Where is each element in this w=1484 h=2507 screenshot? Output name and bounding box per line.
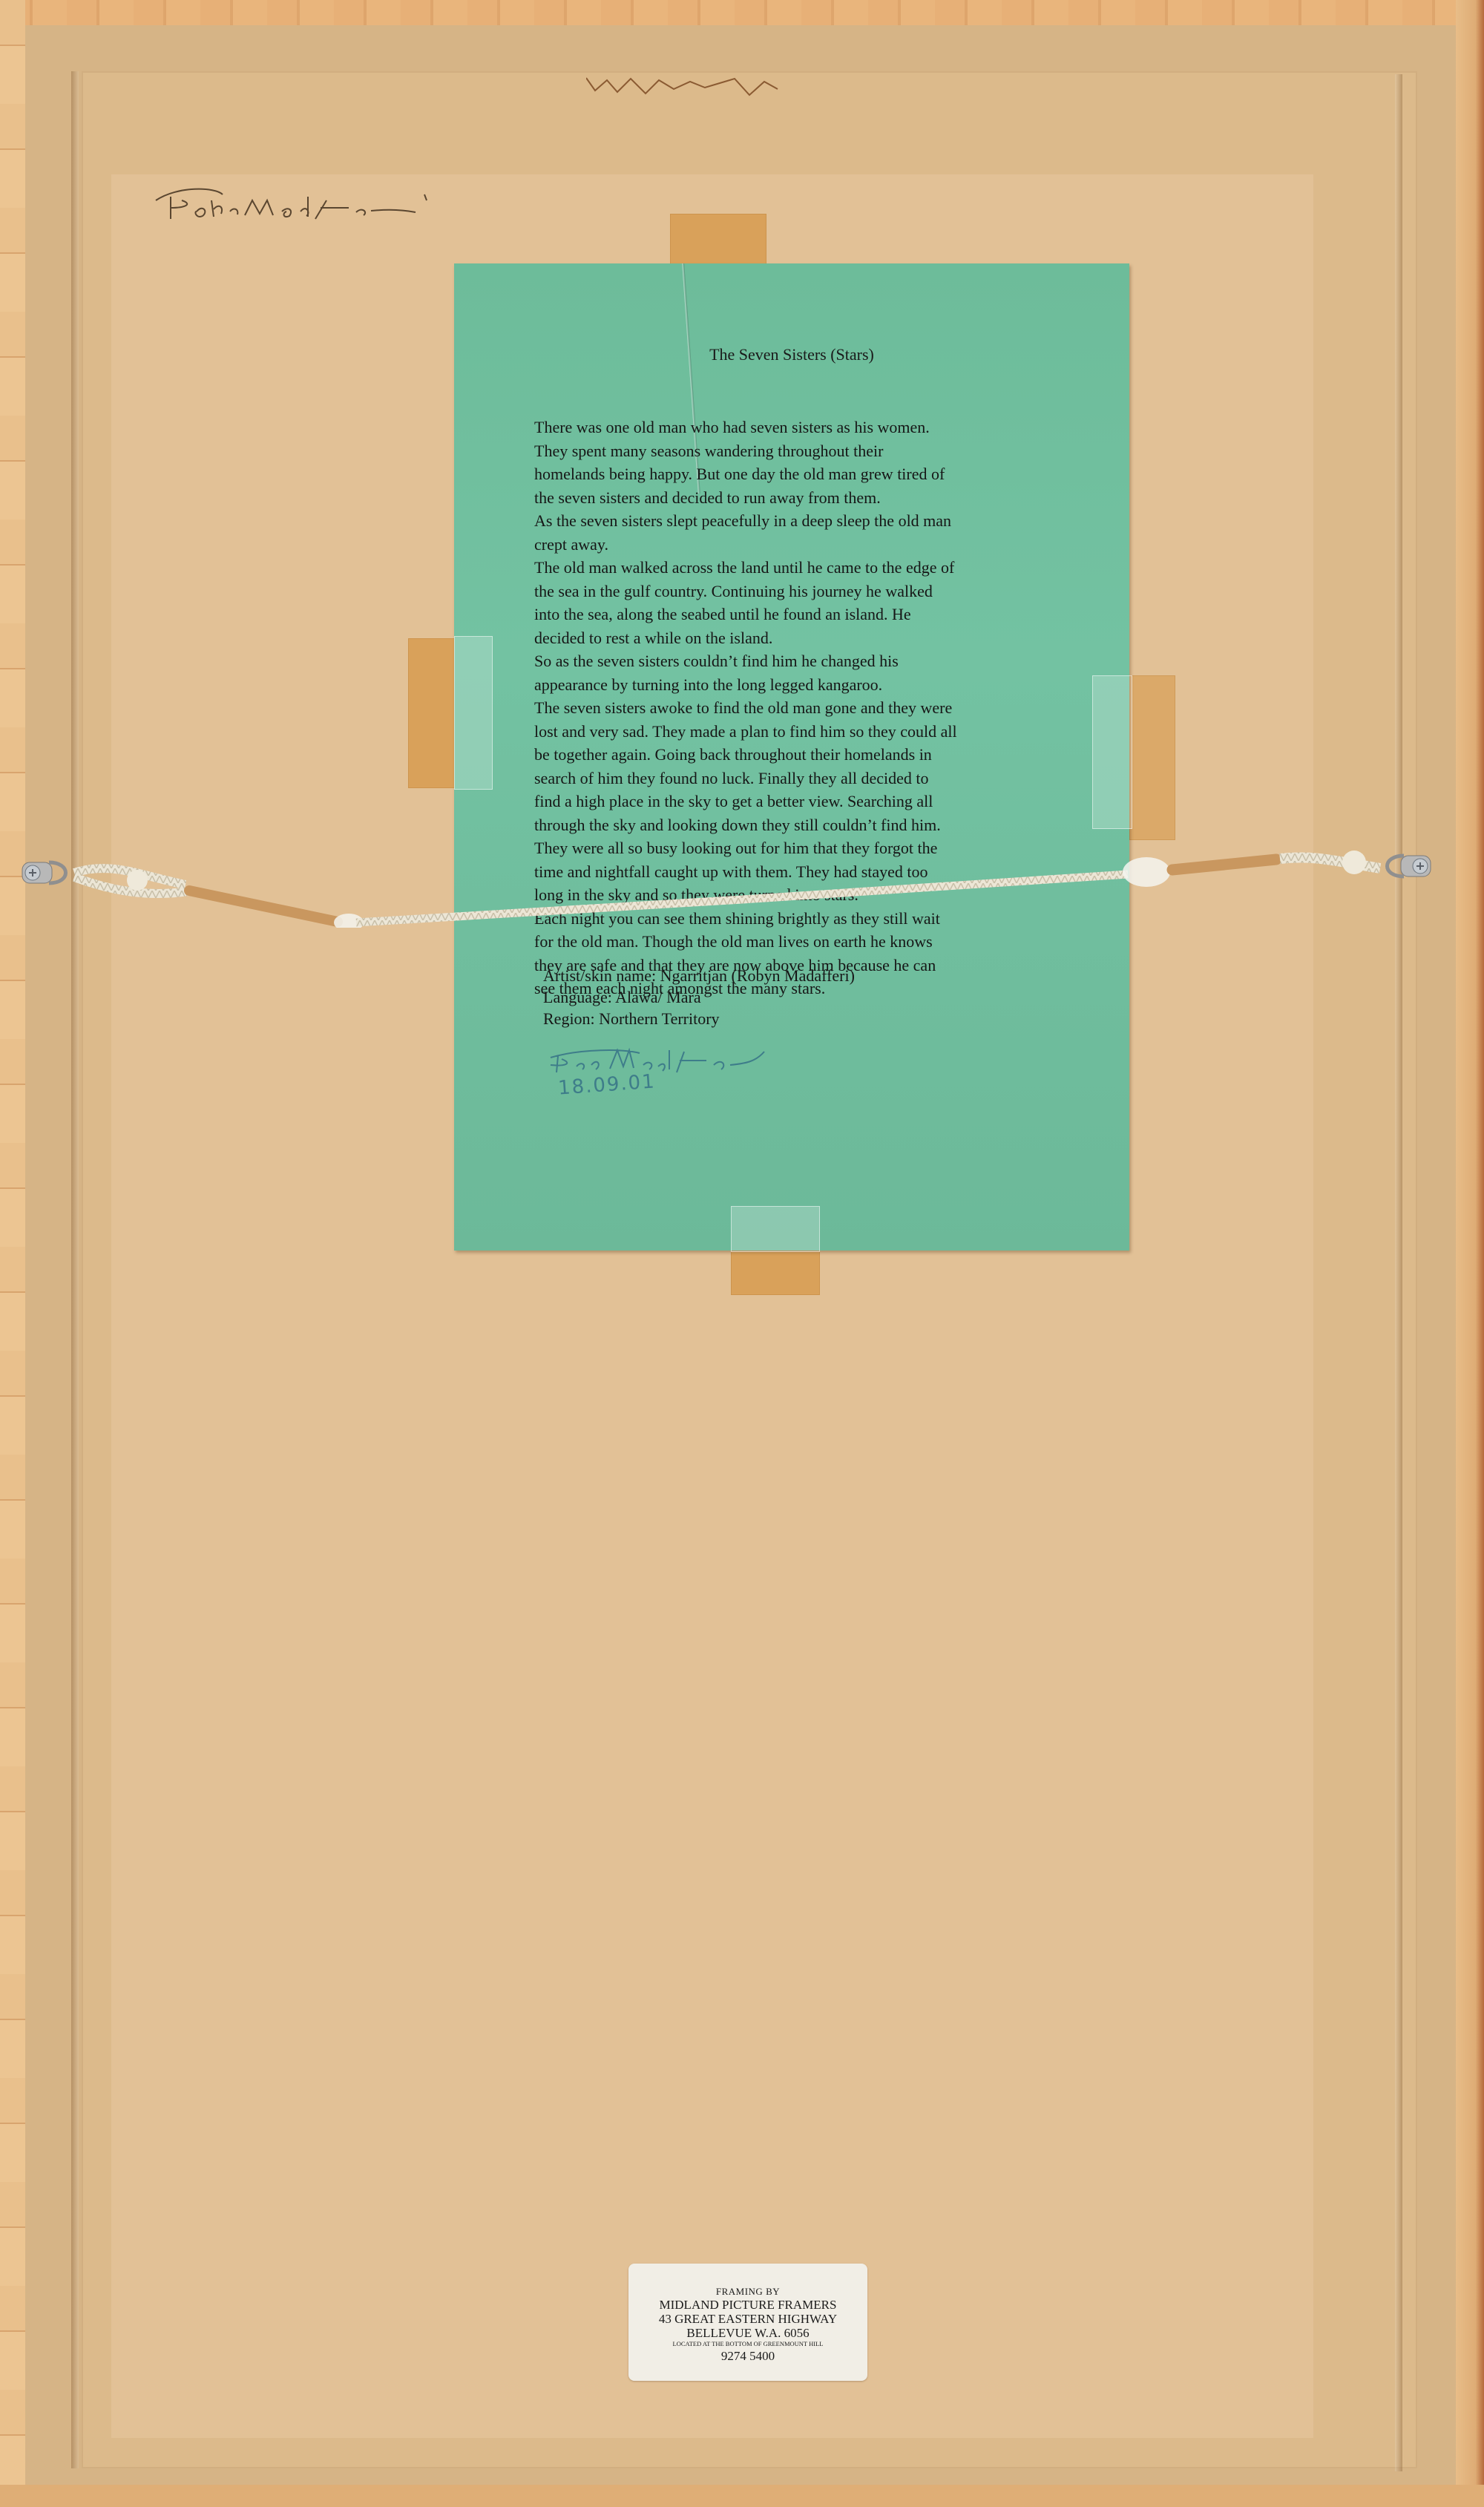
paper-tear [586, 74, 779, 96]
clear-tape-left [454, 636, 493, 790]
d-ring-hanger-left [19, 858, 71, 888]
paper-fold-left [71, 71, 79, 2468]
story-line: As the seven sisters slept peacefully in… [534, 509, 1120, 533]
paper-fold-right [1395, 74, 1402, 2471]
story-line: the sea in the gulf country. Continuing … [534, 580, 1120, 603]
d-ring-hanger-right [1382, 851, 1434, 881]
story-line: lost and very sad. They made a plan to f… [534, 720, 1120, 744]
label-location-note: LOCATED AT THE BOTTOM OF GREENMOUNT HILL [628, 2340, 867, 2348]
artist-info: Artist/skin name: Ngarritjan (Robyn Mada… [543, 965, 855, 1029]
pencil-signature [148, 178, 460, 223]
story-line: There was one old man who had seven sist… [534, 416, 1120, 439]
story-line: decided to rest a while on the island. [534, 626, 1120, 650]
story-line: find a high place in the sky to get a be… [534, 790, 1120, 813]
story-title: The Seven Sisters (Stars) [454, 345, 1129, 364]
frame-right-rail [1456, 0, 1484, 2507]
story-line: for the old man. Though the old man live… [534, 930, 1120, 954]
tape-bottom [731, 1251, 820, 1295]
clear-tape-right [1092, 675, 1132, 829]
tape-top [670, 214, 766, 267]
tape-left [408, 638, 457, 788]
hanging-cord [0, 816, 1484, 928]
story-line: The old man walked across the land until… [534, 556, 1120, 580]
label-phone: 9274 5400 [628, 2348, 867, 2365]
story-line: So as the seven sisters couldn’t find hi… [534, 649, 1120, 673]
frame-bottom-rail [0, 2485, 1484, 2507]
story-line: homelands being happy. But one day the o… [534, 462, 1120, 486]
label-framing-by: FRAMING BY [628, 2286, 867, 2298]
story-line: be together again. Going back throughout… [534, 743, 1120, 767]
story-line: the seven sisters and decided to run awa… [534, 486, 1120, 510]
story-line: They spent many seasons wandering throug… [534, 439, 1120, 463]
tape-right [1129, 675, 1175, 840]
label-suburb: BELLEVUE W.A. 6056 [628, 2326, 867, 2340]
frame-top-rail [0, 0, 1484, 25]
story-line: into the sea, along the seabed until he … [534, 603, 1120, 626]
artist-language: Language: Alawa/ Mara [543, 986, 855, 1008]
story-line: search of him they found no luck. Finall… [534, 767, 1120, 790]
artist-region: Region: Northern Territory [543, 1008, 855, 1029]
artist-name: Artist/skin name: Ngarritjan (Robyn Mada… [543, 965, 855, 986]
story-line: appearance by turning into the long legg… [534, 673, 1120, 697]
story-line: The seven sisters awoke to find the old … [534, 696, 1120, 720]
clear-tape-bottom [731, 1206, 820, 1252]
label-company: MIDLAND PICTURE FRAMERS [628, 2298, 867, 2312]
story-sheet: The Seven Sisters (Stars) There was one … [454, 263, 1129, 1251]
frame-left-rail [0, 0, 25, 2507]
framer-label: FRAMING BY MIDLAND PICTURE FRAMERS 43 GR… [628, 2264, 867, 2381]
story-line: crept away. [534, 533, 1120, 557]
label-street: 43 GREAT EASTERN HIGHWAY [628, 2312, 867, 2326]
